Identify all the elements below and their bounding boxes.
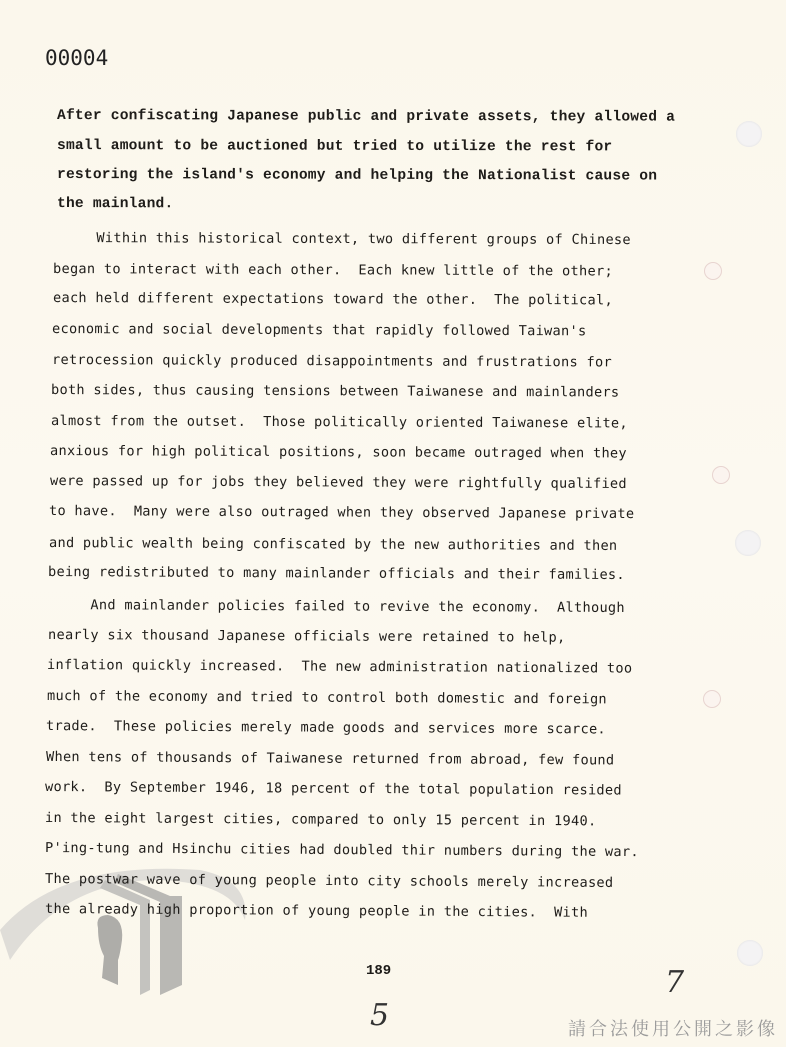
paper-stain [704, 262, 722, 280]
punch-hole [737, 940, 763, 966]
document-id-stamp: 00004 [45, 46, 108, 70]
text-line: inflation quickly increased. The new adm… [47, 657, 632, 677]
text-line: the already high proportion of young peo… [45, 901, 588, 921]
handwritten-mark: 7 [665, 965, 684, 1000]
text-line: small amount to be auctioned but tried t… [57, 138, 612, 155]
text-line: P'ing-tung and Hsinchu cities had double… [45, 840, 639, 860]
text-line: and public wealth being confiscated by t… [49, 535, 618, 554]
text-line: trade. These policies merely made goods … [46, 718, 606, 737]
text-line: were passed up for jobs they believed th… [50, 473, 627, 492]
text-line: retrocession quickly produced disappoint… [52, 352, 612, 370]
text-line: much of the economy and tried to control… [47, 688, 607, 707]
text-line: And mainlander policies failed to revive… [48, 597, 625, 616]
text-line: nearly six thousand Japanese officials w… [48, 627, 566, 646]
text-line: began to interact with each other. Each … [53, 261, 613, 279]
text-line: Within this historical context, two diff… [54, 230, 631, 248]
text-line: to have. Many were also outraged when th… [49, 503, 634, 522]
punch-hole [735, 530, 761, 556]
paper-stain [703, 690, 721, 708]
text-line: being redistributed to many mainlander o… [48, 564, 625, 583]
text-line: restoring the island's economy and helpi… [57, 167, 657, 185]
text-line: in the eight largest cities, compared to… [45, 810, 597, 829]
text-line: anxious for high political positions, so… [50, 443, 627, 462]
text-line: each held different expectations toward … [53, 290, 613, 308]
text-line: The postwar wave of young people into ci… [45, 871, 614, 891]
text-line: both sides, thus causing tensions betwee… [51, 382, 620, 400]
text-line: work. By September 1946, 18 percent of t… [45, 779, 622, 799]
text-line: economic and social developments that ra… [52, 321, 587, 339]
punch-hole [736, 121, 762, 147]
document-page: 00004 After confiscating Japanese public… [0, 0, 786, 1047]
paper-stain [712, 466, 730, 484]
text-line: When tens of thousands of Taiwanese retu… [46, 749, 615, 768]
handwritten-mark: 5 [370, 998, 389, 1033]
text-line: almost from the outset. Those politicall… [51, 413, 628, 432]
usage-notice: 請合法使用公開之影像 [568, 1015, 778, 1041]
text-line: the mainland. [57, 196, 173, 212]
text-line: After confiscating Japanese public and p… [57, 108, 675, 126]
page-number: 189 [366, 963, 391, 979]
